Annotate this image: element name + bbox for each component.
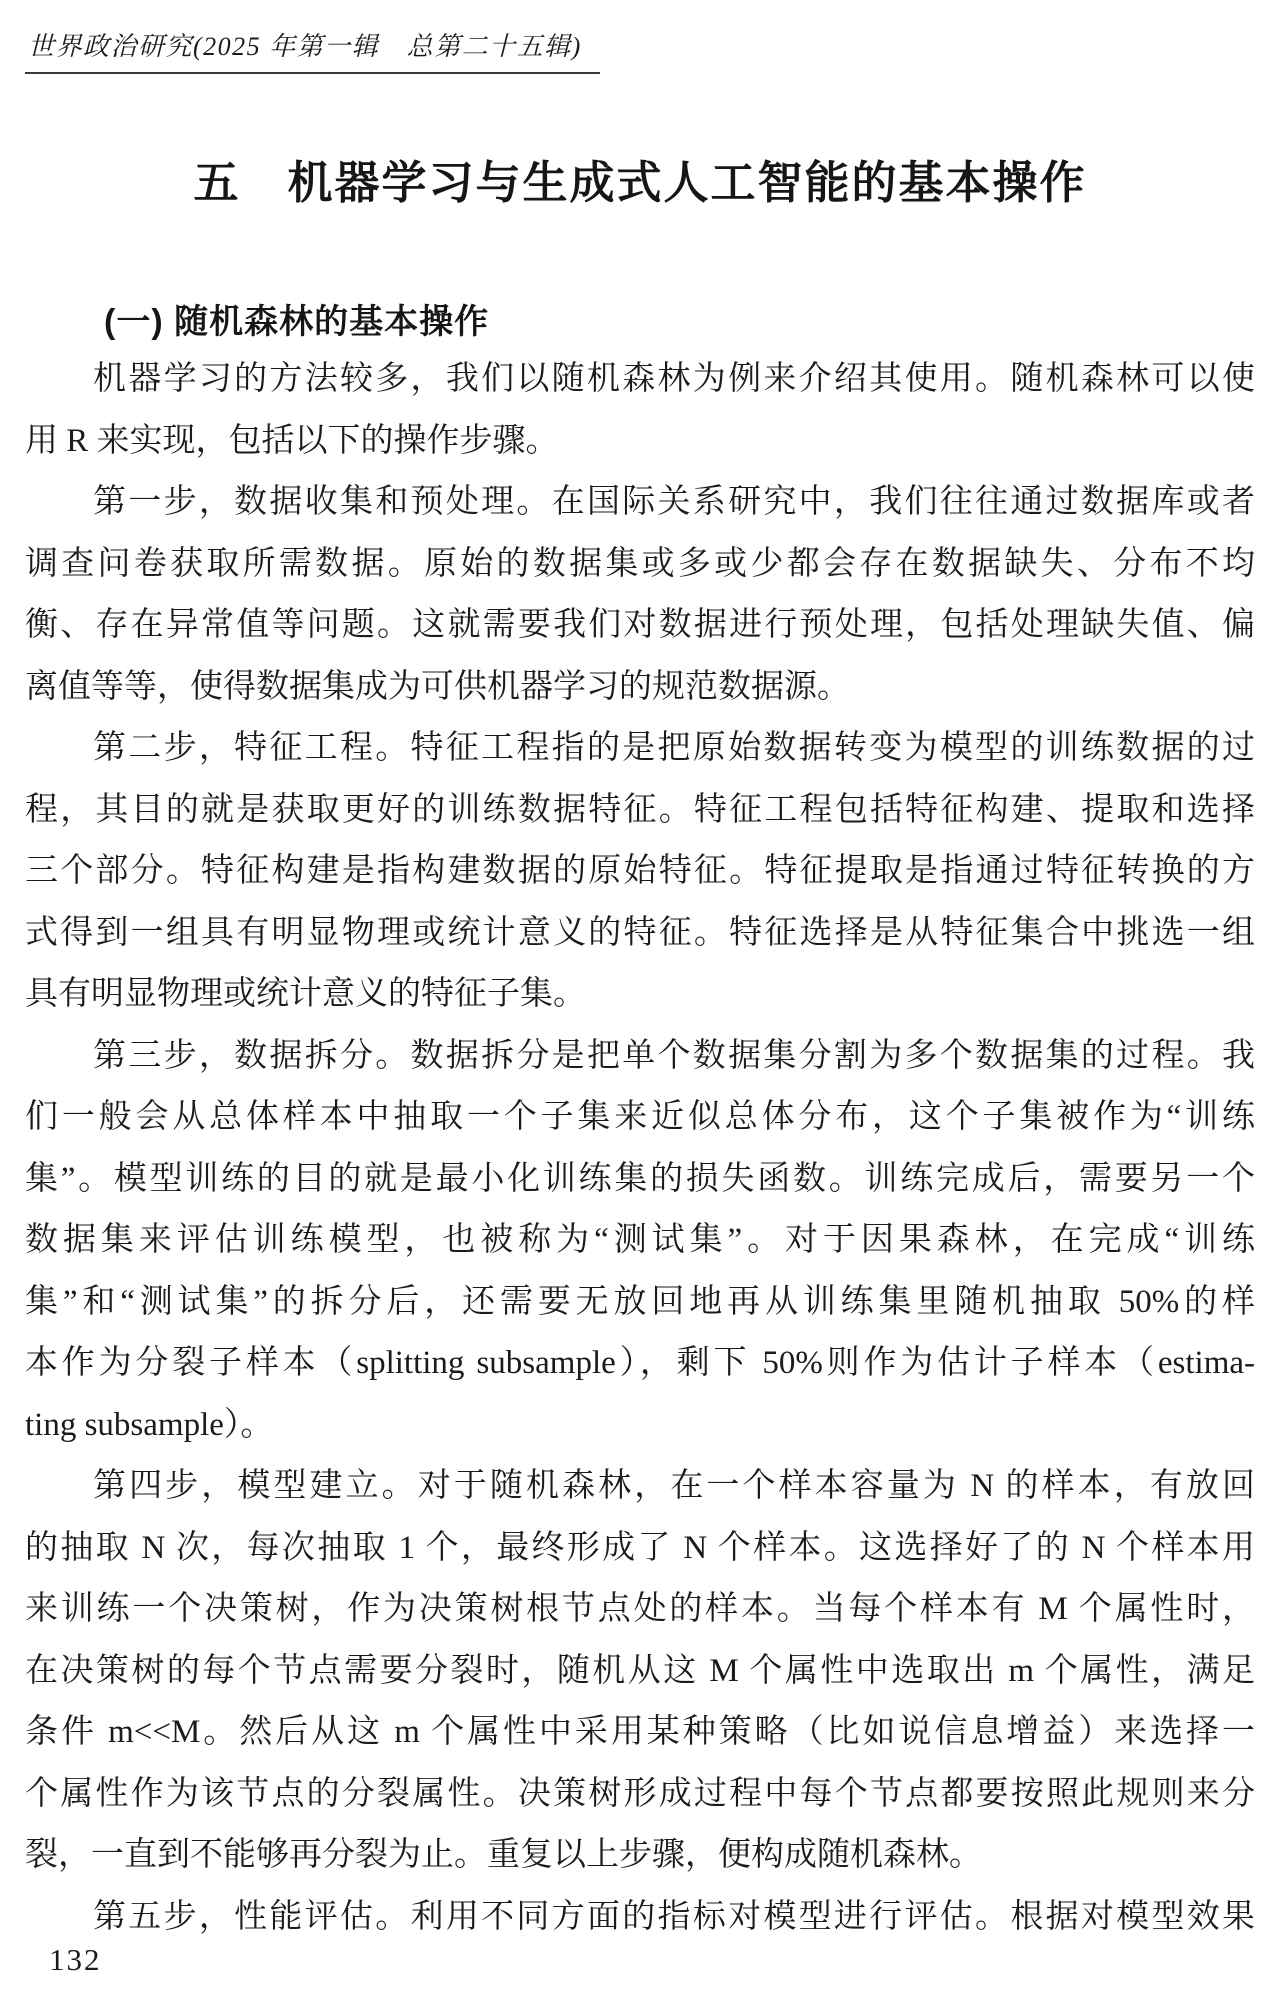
body-line: 集”和“测试集”的拆分后，还需要无放回地再从训练集里随机抽取 50%的样: [25, 1272, 1255, 1334]
paragraph: 第二步，特征工程。特征工程指的是把原始数据转变为模型的训练数据的过 程，其目的就…: [25, 718, 1255, 1026]
body-line: 调查问卷获取所需数据。原始的数据集或多或少都会存在数据缺失、分布不均: [25, 534, 1255, 596]
body-line: 个属性作为该节点的分裂属性。决策树形成过程中每个节点都要按照此规则来分: [25, 1764, 1255, 1826]
body-line: 衡、存在异常值等问题。这就需要我们对数据进行预处理，包括处理缺失值、偏: [25, 595, 1255, 657]
body-line: 第三步，数据拆分。数据拆分是把单个数据集分割为多个数据集的过程。我: [25, 1026, 1255, 1088]
body-line: 在决策树的每个节点需要分裂时，随机从这 M 个属性中选取出 m 个属性，满足: [25, 1641, 1255, 1703]
paragraph: 第五步，性能评估。利用不同方面的指标对模型进行评估。根据对模型效果: [25, 1887, 1255, 1949]
paragraph: 机器学习的方法较多，我们以随机森林为例来介绍其使用。随机森林可以使 用 R 来实…: [25, 349, 1255, 472]
body-line: 本作为分裂子样本（splitting subsample），剩下 50%则作为估…: [25, 1333, 1255, 1395]
body-line: 三个部分。特征构建是指构建数据的原始特征。特征提取是指通过特征转换的方: [25, 841, 1255, 903]
body-line: 的抽取 N 次，每次抽取 1 个，最终形成了 N 个样本。这选择好了的 N 个样…: [25, 1518, 1255, 1580]
running-head-text: 世界政治研究(2025 年第一辑 总第二十五辑): [28, 32, 582, 61]
body-line: 数据集来评估训练模型，也被称为“测试集”。对于因果森林，在完成“训练: [25, 1210, 1255, 1272]
page-title: 五 机器学习与生成式人工智能的基本操作: [0, 146, 1280, 211]
body-line: 式得到一组具有明显物理或统计意义的特征。特征选择是从特征集合中挑选一组: [25, 903, 1255, 965]
page-number: 132: [49, 1942, 102, 1978]
body-text: 机器学习的方法较多，我们以随机森林为例来介绍其使用。随机森林可以使 用 R 来实…: [25, 349, 1255, 1948]
body-line: 们一般会从总体样本中抽取一个子集来近似总体分布，这个子集被作为“训练: [25, 1087, 1255, 1149]
section-heading: (一) 随机森林的基本操作: [104, 294, 489, 343]
paragraph: 第三步，数据拆分。数据拆分是把单个数据集分割为多个数据集的过程。我 们一般会从总…: [25, 1026, 1255, 1457]
body-line: 条件 m<<M。然后从这 m 个属性中采用某种策略（比如说信息增益）来选择一: [25, 1702, 1255, 1764]
body-line: 集”。模型训练的目的就是最小化训练集的损失函数。训练完成后，需要另一个: [25, 1149, 1255, 1211]
body-line: 离值等等，使得数据集成为可供机器学习的规范数据源。: [25, 657, 1255, 719]
document-page: 世界政治研究(2025 年第一辑 总第二十五辑) 五 机器学习与生成式人工智能的…: [0, 0, 1280, 2013]
body-line: 具有明显物理或统计意义的特征子集。: [25, 964, 1255, 1026]
body-line: ting subsample）。: [25, 1395, 1255, 1457]
body-line: 机器学习的方法较多，我们以随机森林为例来介绍其使用。随机森林可以使: [25, 349, 1255, 411]
paragraph: 第一步，数据收集和预处理。在国际关系研究中，我们往往通过数据库或者 调查问卷获取…: [25, 472, 1255, 718]
paragraph: 第四步，模型建立。对于随机森林，在一个样本容量为 N 的样本，有放回 的抽取 N…: [25, 1456, 1255, 1887]
body-line: 第一步，数据收集和预处理。在国际关系研究中，我们往往通过数据库或者: [25, 472, 1255, 534]
body-line: 第二步，特征工程。特征工程指的是把原始数据转变为模型的训练数据的过: [25, 718, 1255, 780]
body-line: 来训练一个决策树，作为决策树根节点处的样本。当每个样本有 M 个属性时，: [25, 1579, 1255, 1641]
running-head: 世界政治研究(2025 年第一辑 总第二十五辑): [25, 26, 600, 74]
body-line: 第四步，模型建立。对于随机森林，在一个样本容量为 N 的样本，有放回: [25, 1456, 1255, 1518]
body-line: 裂，一直到不能够再分裂为止。重复以上步骤，便构成随机森林。: [25, 1825, 1255, 1887]
body-line: 用 R 来实现，包括以下的操作步骤。: [25, 411, 1255, 473]
body-line: 第五步，性能评估。利用不同方面的指标对模型进行评估。根据对模型效果: [25, 1887, 1255, 1949]
body-line: 程，其目的就是获取更好的训练数据特征。特征工程包括特征构建、提取和选择: [25, 780, 1255, 842]
